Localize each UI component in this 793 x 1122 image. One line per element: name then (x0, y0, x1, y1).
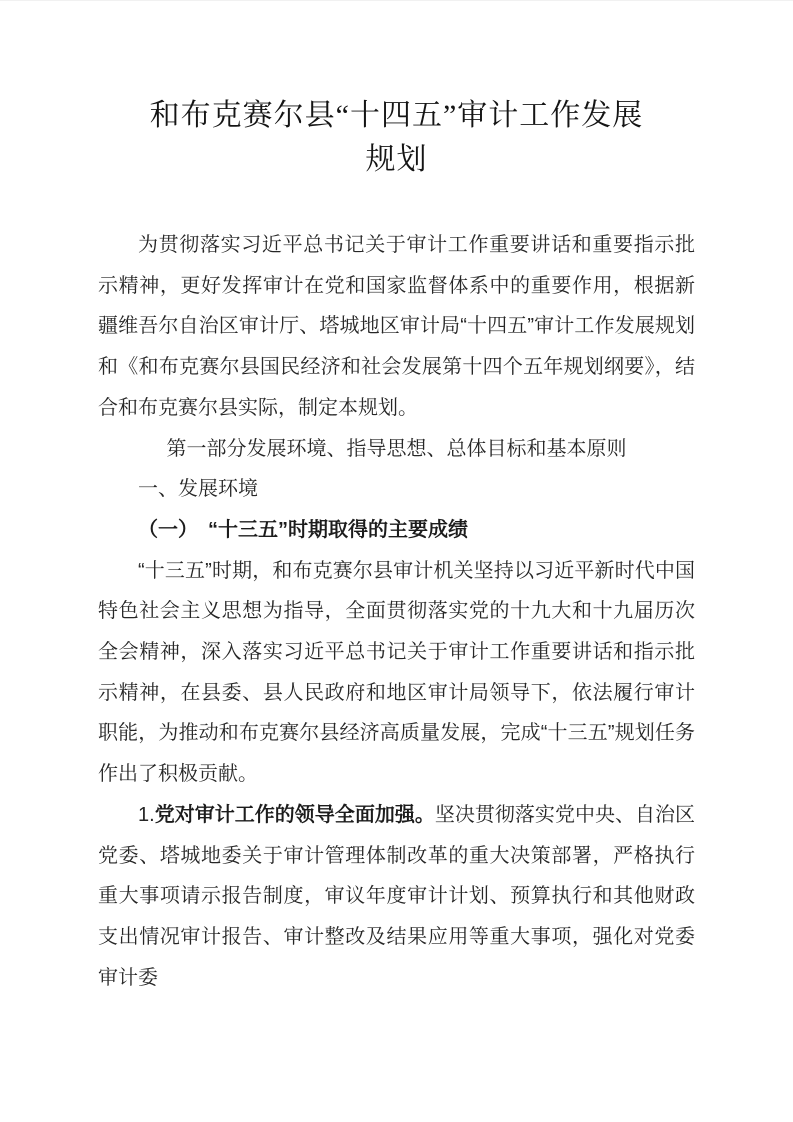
document-title-line2: 规划 (366, 143, 428, 176)
item1-paragraph: 1.党对审计工作的领导全面加强。坚决贯彻落实党中央、自治区党委、塔城地委关于审计… (98, 795, 695, 999)
section1-heading: 一、发展环境 (98, 469, 695, 510)
document-page: 和布克赛尔县“十四五”审计工作发展规划 为贯彻落实习近平总书记关于审计工作重要讲… (0, 0, 793, 1122)
intro-paragraph: 为贯彻落实习近平总书记关于审计工作重要讲话和重要指示批示精神，更好发挥审计在党和… (98, 225, 695, 429)
item1-bold-title: 党对审计工作的领导全面加强。 (155, 804, 435, 826)
part1-heading: 第一部分发展环境、指导思想、总体目标和基本原则 (98, 429, 695, 470)
document-body: 为贯彻落实习近平总书记关于审计工作重要讲话和重要指示批示精神，更好发挥审计在党和… (98, 225, 695, 998)
item1-body-text: 坚决贯彻落实党中央、自治区党委、塔城地委关于审计管理体制改革的重大决策部署，严格… (98, 804, 695, 989)
document-title: 和布克赛尔县“十四五”审计工作发展规划 (98, 94, 695, 182)
subsection1-heading: （一） “十三五”时期取得的主要成绩 (98, 510, 695, 551)
item1-number: 1. (138, 804, 155, 826)
document-title-line1: 和布克赛尔县“十四五”审计工作发展 (150, 99, 644, 132)
achievements-paragraph: “十三五”时期，和布克赛尔县审计机关坚持以习近平新时代中国特色社会主义思想为指导… (98, 551, 695, 795)
